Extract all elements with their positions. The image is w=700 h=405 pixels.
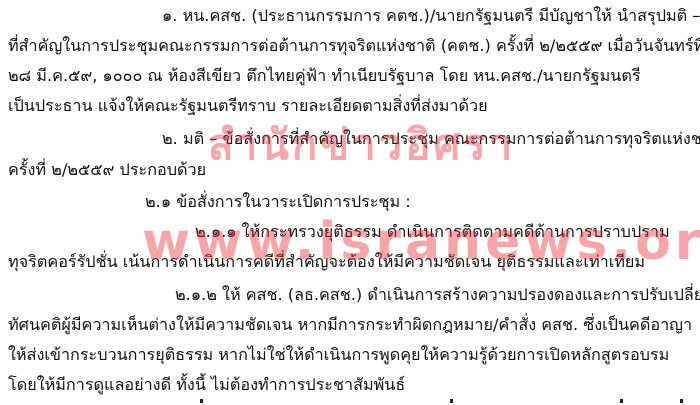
text-line: ครั้งที่ ๒/๒๕๕๙ ประกอบด้วย (8, 156, 206, 184)
text-line: ๒.๑ ข้อสั่งการในวาระเปิดการประชุม : (145, 188, 411, 216)
text-line: โดยให้มีการดูแลอย่างดี ทั้งนี้ ไม่ต้องทำ… (8, 371, 405, 399)
text-line: ที่สำคัญในการประชุมคณะกรรมการต่อต้านการท… (8, 32, 700, 60)
text-line: เป็นประธาน แจ้งให้คณะรัฐมนตรีทราบ รายละเ… (8, 92, 488, 120)
text-line: ทัศนคติผู้มีความเห็นต่างให้มีความชัดเจน … (8, 311, 692, 339)
clipped-next-line (0, 398, 700, 405)
text-line: ให้ส่งเข้ากระบวนการยุติธรรม หากไม่ใช่ให้… (8, 341, 669, 369)
text-line: ๑. หน.คสช. (ประธานกรรมการ คตช.)/นายกรัฐม… (162, 2, 700, 30)
text-line: ๒. มติ – ข้อสั่งการที่สำคัญในการประชุม ค… (162, 125, 700, 153)
document-page: ๑. หน.คสช. (ประธานกรรมการ คตช.)/นายกรัฐม… (0, 0, 700, 405)
text-line: ๒๘ มี.ค.๕๙, ๑๐๐๐ ณ ห้องสีเขียว ตึกไทยคู่… (8, 62, 641, 90)
text-line: ทุจริตคอร์รัปชั่น เน้นการดำเนินการคดีที่… (8, 248, 645, 276)
text-line: ๒.๑.๑ ให้กระทรวงยุติธรรม ดำเนินการติดตาม… (195, 218, 670, 246)
text-line: ๒.๑.๒ ให้ คสช. (ลธ.คสช.) ดำเนินการสร้างค… (175, 281, 700, 309)
